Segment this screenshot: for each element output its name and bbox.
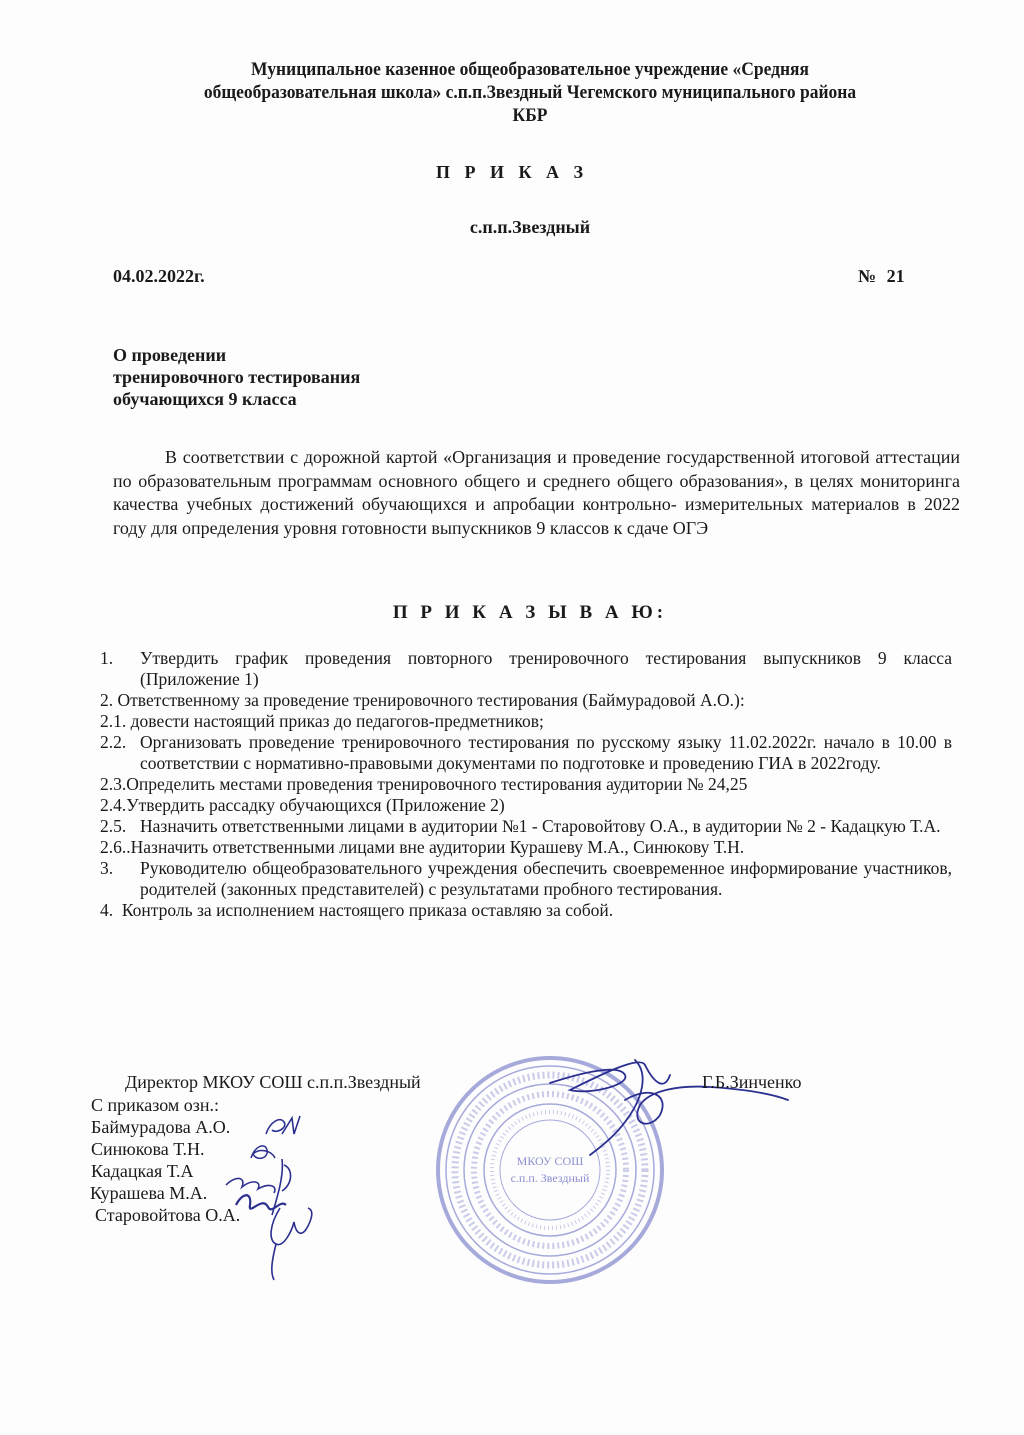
institution-line-1: Муниципальное казенное общеобразовательн…	[134, 58, 925, 81]
item-text: Определить местами проведения тренировоч…	[126, 774, 747, 794]
item-text: Утвердить график проведения повторного т…	[140, 648, 952, 689]
acknowledgement-name: Баймурадова А.О.	[91, 1116, 240, 1138]
item-text: Контроль за исполнением настоящего прика…	[122, 900, 613, 920]
item-text: Утвердить рассадку обучающихся (Приложен…	[126, 795, 504, 815]
item-number: 3.	[100, 858, 140, 879]
item-number: 4.	[100, 900, 113, 920]
item-text: Назначить ответственными лицами в аудито…	[140, 816, 941, 836]
order-item: 2. Ответственному за проведение трениров…	[100, 690, 952, 711]
institution-header: Муниципальное казенное общеобразовательн…	[134, 58, 925, 127]
item-text: довести настоящий приказ до педагогов-пр…	[131, 711, 544, 731]
order-items-list: 1.Утвердить график проведения повторного…	[100, 648, 952, 921]
item-text: Руководителю общеобразовательного учрежд…	[140, 858, 952, 899]
stamp-center-line-2: с.п.п. Звездный	[511, 1171, 590, 1185]
item-number: 2.4.	[100, 795, 126, 815]
item-text: Назначить ответственными лицами вне ауди…	[131, 837, 744, 857]
item-text: Ответственному за проведение тренировочн…	[118, 690, 745, 710]
order-item: 4. Контроль за исполнением настоящего пр…	[100, 900, 952, 921]
item-number: 2.	[100, 690, 113, 710]
order-item: 1.Утвердить график проведения повторного…	[100, 648, 952, 690]
order-item: 2.5.Назначить ответственными лицами в ау…	[100, 816, 952, 837]
document-subject: О проведении тренировочного тестирования…	[113, 344, 360, 410]
document-date: 04.02.2022г.	[113, 266, 205, 287]
item-number: 2.3.	[100, 774, 126, 794]
signatory-position: Директор МКОУ СОШ с.п.п.Звездный	[125, 1072, 421, 1093]
order-item: 2.4.Утвердить рассадку обучающихся (Прил…	[100, 795, 952, 816]
signature-4	[262, 1200, 320, 1282]
item-number: 2.6..	[100, 837, 131, 857]
order-item: 2.2.Организовать проведение тренировочно…	[100, 732, 952, 774]
order-item: 2.1. довести настоящий приказ до педагог…	[100, 711, 952, 732]
preamble-paragraph: В соответствии с дорожной картой «Органи…	[113, 446, 960, 540]
acknowledgement-label: С приказом озн.:	[91, 1094, 240, 1116]
item-text: Организовать проведение тренировочного т…	[140, 732, 952, 773]
acknowledgement-block: С приказом озн.: Баймурадова А.О. Синюко…	[91, 1094, 240, 1226]
acknowledgement-name: Кадацкая Т.А	[91, 1160, 240, 1182]
item-number: 2.1.	[100, 711, 126, 731]
order-heading: П Р И К А З Ы В А Ю:	[0, 602, 1024, 624]
order-item: 3.Руководителю общеобразовательного учре…	[100, 858, 952, 900]
order-item: 2.6..Назначить ответственными лицами вне…	[100, 837, 952, 858]
subject-line-3: обучающихся 9 класса	[113, 388, 360, 410]
signature-1	[262, 1112, 302, 1140]
item-number: 2.5.	[100, 816, 140, 837]
item-number: 1.	[100, 648, 140, 669]
document-number: № 21	[858, 266, 905, 287]
document-type: П Р И К А З	[0, 162, 1024, 183]
signatory-name: Г.Б.Зинченко	[702, 1072, 802, 1093]
document-place: с.п.п.Звездный	[0, 217, 1024, 238]
institution-line-3: КБР	[134, 104, 925, 127]
director-signature	[530, 1045, 790, 1165]
subject-line-1: О проведении	[113, 344, 360, 366]
document-page: Муниципальное казенное общеобразовательн…	[0, 0, 1024, 1435]
subject-line-2: тренировочного тестирования	[113, 366, 360, 388]
acknowledgement-name: Старовойтова О.А.	[95, 1204, 240, 1226]
order-item: 2.3.Определить местами проведения тренир…	[100, 774, 952, 795]
acknowledgement-name: Синюкова Т.Н.	[91, 1138, 240, 1160]
acknowledgement-name: Курашева М.А.	[90, 1182, 240, 1204]
institution-line-2: общеобразовательная школа» с.п.п.Звездны…	[134, 81, 925, 104]
item-number: 2.2.	[100, 732, 140, 753]
